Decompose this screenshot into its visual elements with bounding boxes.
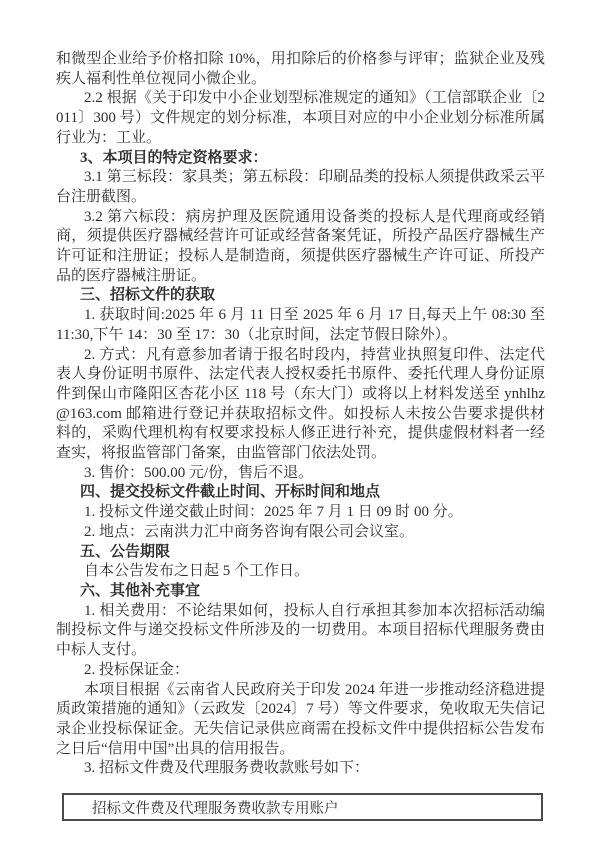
paragraph-acquisition-time: 1. 获取时间:2025 年 6 月 11 日至 2025 年 6 月 17 日…: [56, 306, 545, 345]
heading-announcement-period: 五、公告期限: [56, 543, 545, 563]
paragraph-3-1-sections: 3.1 第三标段：家具类；第五标段：印刷品类的投标人须提供政采云平台注册截图。: [56, 168, 545, 207]
paragraph-announcement-period: 自本公告发布之日起 5 个工作日。: [56, 562, 545, 582]
paragraph-opening-location: 2. 地点：云南洪力汇中商务咨询有限公司会议室。: [56, 523, 545, 543]
account-table-header: 招标文件费及代理服务费收款专用账户: [64, 795, 541, 819]
paragraph-document-price: 3. 售价：500.00 元/份，售后不退。: [56, 464, 545, 484]
paragraph-related-fees: 1. 相关费用：不论结果如何，投标人自行承担其参加本次招标活动编制投标文件与递交…: [56, 602, 545, 661]
heading-document-acquisition: 三、招标文件的获取: [56, 286, 545, 306]
document-content: 和微型企业给予价格扣除 10%，用扣除后的价格参与评审；监狱企业及残疾人福利性单…: [56, 50, 545, 821]
heading-specific-qualification: 3、本项目的特定资格要求：: [56, 149, 545, 169]
paragraph-acquisition-method: 2. 方式：凡有意参加者请于报名时段内，持营业执照复印件、法定代表人身份证明书原…: [56, 346, 545, 464]
paragraph-bid-bond: 2. 投标保证金：: [56, 661, 545, 681]
paragraph-bid-bond-policy: 本项目根据《云南省人民政府关于印发 2024 年进一步推动经济稳进提质政策措施的…: [56, 681, 545, 760]
paragraph-price-deduction-continued: 和微型企业给予价格扣除 10%，用扣除后的价格参与评审；监狱企业及残疾人福利性单…: [56, 50, 545, 89]
paragraph-3-2-medical-devices: 3.2 第六标段：病房护理及医院通用设备类的投标人是代理商或经销商，须提供医疗器…: [56, 208, 545, 287]
heading-other-matters: 六、其他补充事宜: [56, 582, 545, 602]
document-page: 和微型企业给予价格扣除 10%，用扣除后的价格参与评审；监狱企业及残疾人福利性单…: [0, 0, 600, 849]
account-table: 招标文件费及代理服务费收款专用账户: [62, 793, 543, 821]
paragraph-submission-deadline: 1. 投标文件递交截止时间：2025 年 7 月 1 日 09 时 00 分。: [56, 503, 545, 523]
heading-submission-deadline: 四、提交投标文件截止时间、开标时间和地点: [56, 483, 545, 503]
paragraph-sme-classification: 2.2 根据《关于印发中小企业划型标准规定的通知》（工信部联企业〔2011〕30…: [56, 89, 545, 148]
paragraph-account-intro: 3. 招标文件费及代理服务费收款账号如下：: [56, 759, 545, 779]
